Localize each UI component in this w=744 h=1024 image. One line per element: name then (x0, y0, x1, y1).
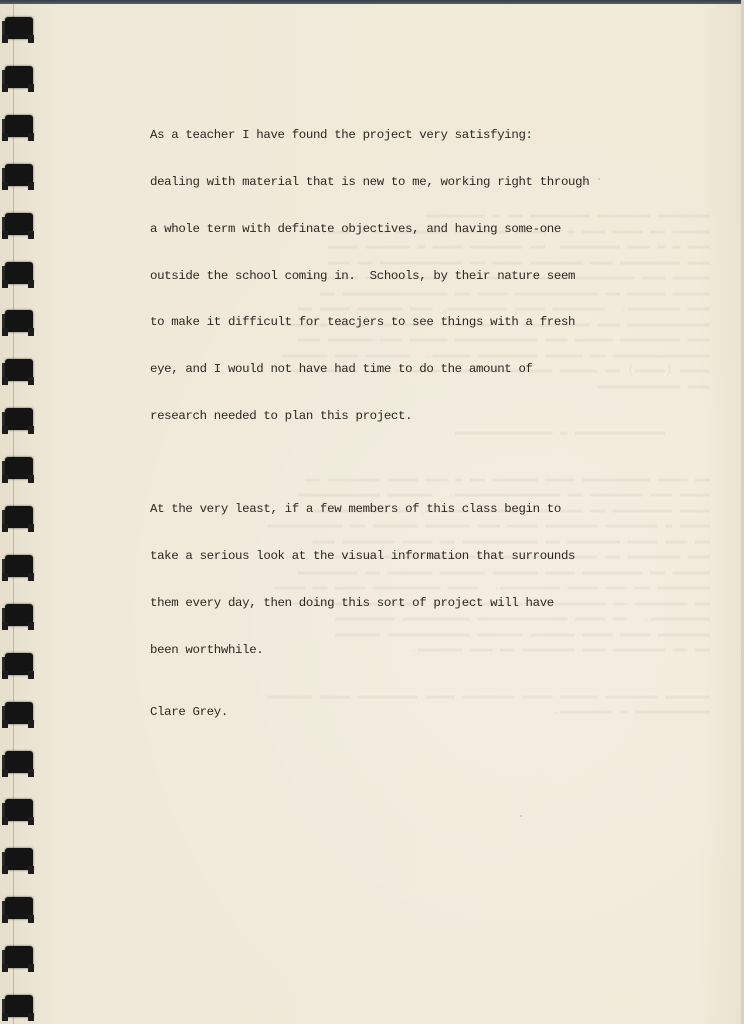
document-page: ▬▬▬▬▬▬▬ ▬▬▬▬▬▬▬ ▬▬▬▬▬▬▬▬ ▬▬ ▬ ▬▬▬▬▬▬▬▬ ▬… (0, 3, 741, 1024)
paper-speck (520, 815, 522, 817)
spiral-binding (0, 0, 40, 1024)
binding-ring (2, 946, 34, 972)
binding-ring (2, 359, 34, 385)
paper-speck (585, 181, 587, 183)
paragraph-2: At the very least, if a few members of t… (150, 471, 620, 689)
text-line: As a teacher I have found the project ve… (150, 128, 620, 144)
binding-ring (2, 702, 34, 728)
text-line: been worthwhile. (150, 643, 620, 659)
text-line: outside the school coming in. Schools, b… (150, 269, 620, 285)
text-line: dealing with material that is new to me,… (150, 175, 620, 191)
binding-ring (2, 408, 34, 434)
binding-ring (2, 17, 34, 43)
binding-ring (2, 995, 34, 1021)
binding-ring (2, 457, 34, 483)
text-line: a whole term with definate objectives, a… (150, 222, 620, 238)
binding-ring (2, 799, 34, 825)
paragraph-1: As a teacher I have found the project ve… (150, 97, 620, 456)
binding-ring (2, 164, 34, 190)
binding-ring (2, 506, 34, 532)
binding-ring (2, 848, 34, 874)
text-line: take a serious look at the visual inform… (150, 549, 620, 565)
binding-ring (2, 555, 34, 581)
text-line: At the very least, if a few members of t… (150, 502, 620, 518)
text-line: research needed to plan this project. (150, 409, 620, 425)
text-line: eye, and I would not have had time to do… (150, 362, 620, 378)
text-line: them every day, then doing this sort of … (150, 596, 620, 612)
binding-ring (2, 751, 34, 777)
binding-ring (2, 262, 34, 288)
typed-letter-body: As a teacher I have found the project ve… (150, 97, 620, 736)
binding-ring (2, 897, 34, 923)
binding-ring (2, 310, 34, 336)
text-line: to make it difficult for teacjers to see… (150, 315, 620, 331)
binding-ring (2, 115, 34, 141)
binding-ring (2, 604, 34, 630)
paper-speck (598, 178, 600, 180)
binding-ring (2, 66, 34, 92)
binding-ring (2, 213, 34, 239)
binding-ring (2, 653, 34, 679)
signature: Clare Grey. (150, 705, 620, 721)
page-top-edge (0, 0, 744, 4)
